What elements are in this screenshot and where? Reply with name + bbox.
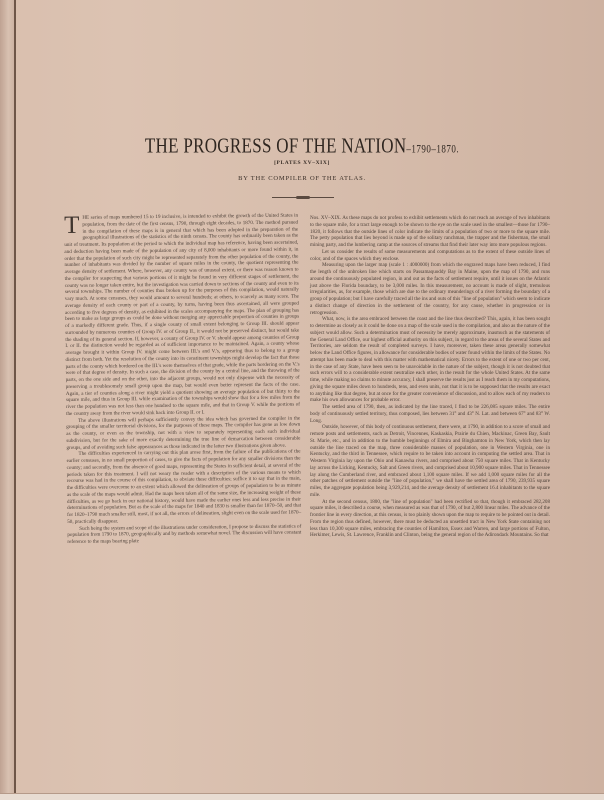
paragraph: Such being the system and scope of the i… <box>67 523 301 546</box>
right-column: Nos. XV–XIX. As these maps do not profes… <box>310 215 550 539</box>
left-column: THE series of maps numbered 15 to 19 inc… <box>64 213 301 546</box>
paragraph: At the second census, 1800, the "line of… <box>310 499 550 540</box>
drop-cap: T <box>64 216 79 236</box>
paragraph: Nos. XV–XIX. As these maps do not profes… <box>310 215 550 249</box>
page-title: THE PROGRESS OF THE NATION–1790–1870. <box>0 134 604 159</box>
plates-reference: [PLATES XV–XIX] <box>0 160 604 166</box>
book-binding-edge <box>0 0 16 800</box>
byline: BY THE COMPILER OF THE ATLAS. <box>0 175 604 182</box>
page-bottom-edge <box>0 793 604 800</box>
title-text: THE PROGRESS OF THE NATION <box>145 134 407 158</box>
paragraph: The above illustrations will perhaps suf… <box>66 415 300 451</box>
paragraph: Outside, however, of this body of contin… <box>310 424 550 498</box>
title-years: –1790–1870. <box>406 142 459 155</box>
paragraph: The difficulties experienced in carrying… <box>66 449 301 526</box>
decorative-rule <box>272 197 334 198</box>
paragraph: Let us consider the results of some meas… <box>310 249 550 263</box>
paragraph: What, now, is the area embraced between … <box>310 316 550 404</box>
paragraph: THE series of maps numbered 15 to 19 inc… <box>64 213 300 418</box>
paragraph: Measuring upon the larger map (scale 1 :… <box>310 262 550 316</box>
paragraph: The settled area of 1790, then, as indic… <box>310 404 550 424</box>
book-page: THE PROGRESS OF THE NATION–1790–1870. [P… <box>0 0 604 800</box>
